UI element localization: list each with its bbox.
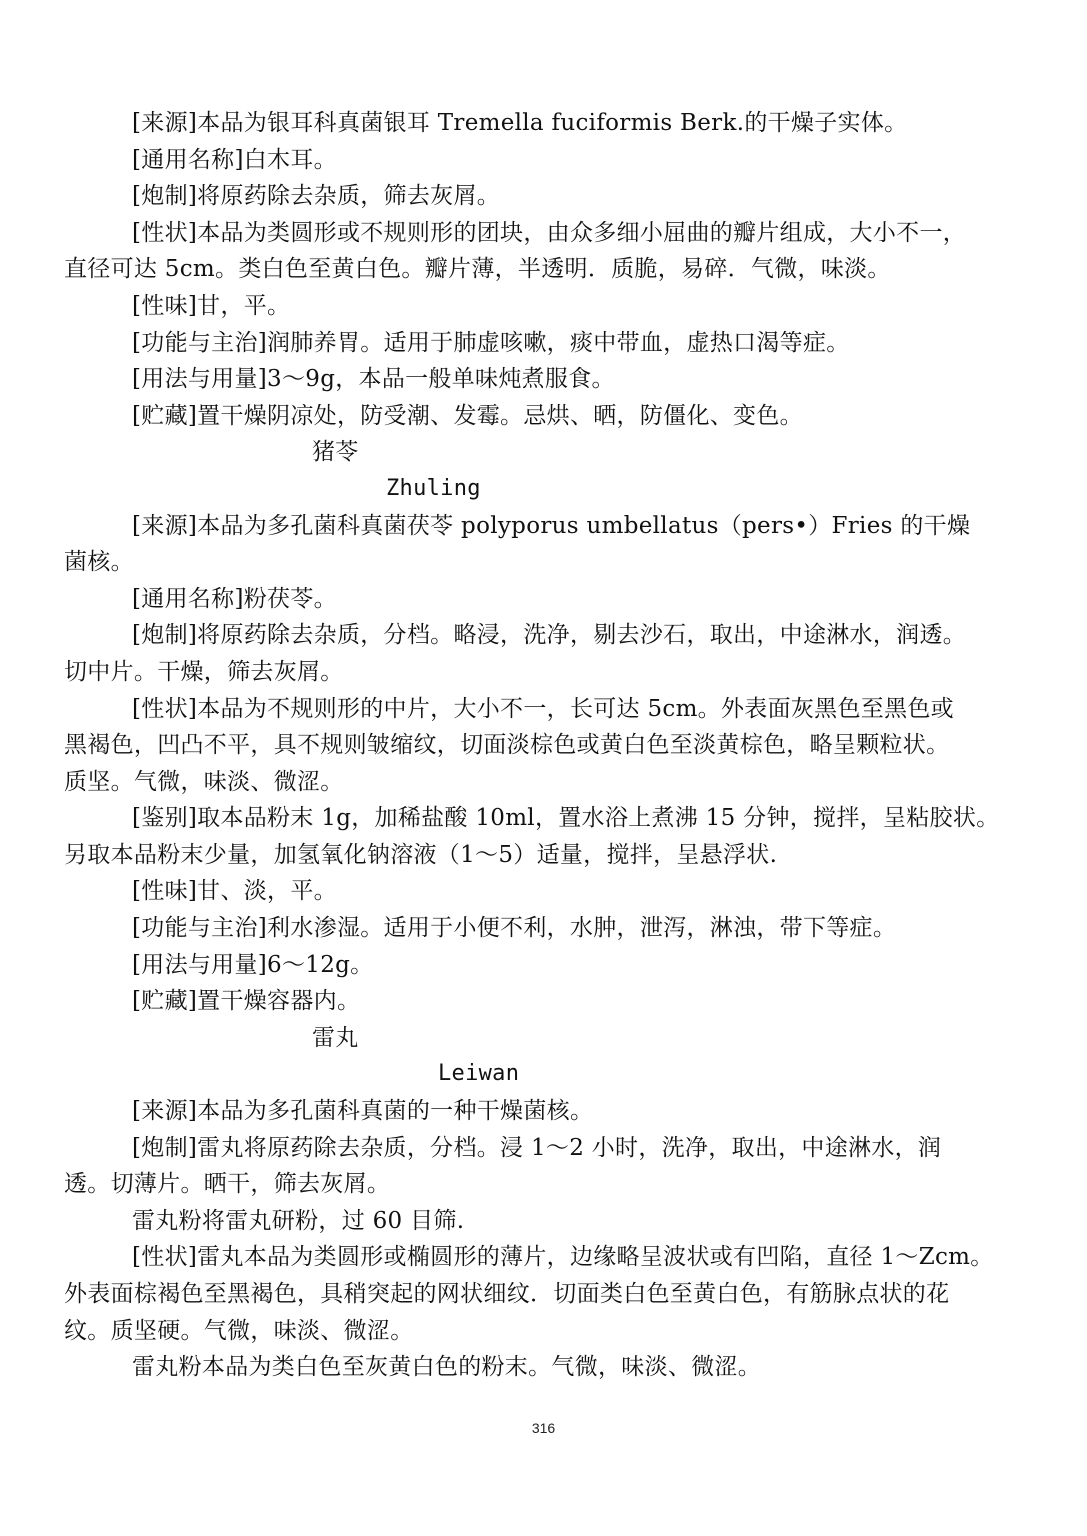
paragraph-continuation-line: 质坚。气微，味淡、微涩。 bbox=[64, 764, 1030, 801]
paragraph-line: [炮制]将原药除去杂质，筛去灰屑。 bbox=[64, 178, 1030, 215]
paragraph-line: [性状]雷丸本品为类圆形或椭圆形的薄片，边缘略呈波状或有凹陷，直径 1～Zcm。 bbox=[64, 1239, 1030, 1276]
paragraph-line: [性味]甘，平。 bbox=[64, 288, 1030, 325]
document-body: [来源]本品为银耳科真菌银耳 Tremella fuciformis Berk.… bbox=[64, 105, 1030, 1386]
paragraph-line: [贮藏]置干燥容器内。 bbox=[64, 983, 1030, 1020]
paragraph-continuation-line: 外表面棕褐色至黑褐色，具稍突起的网状细纹．切面类白色至黄白色，有筋脉点状的花 bbox=[64, 1276, 1030, 1313]
paragraph-line: [来源]本品为多孔菌科真菌茯苓 polyporus umbellatus（per… bbox=[64, 508, 1030, 545]
paragraph-line: [功能与主治]利水渗湿。适用于小便不利，水肿，泄泻，淋浊，带下等症。 bbox=[64, 910, 1030, 947]
entry-title: 雷丸 bbox=[64, 1020, 1030, 1057]
paragraph-line: [通用名称]白木耳。 bbox=[64, 142, 1030, 179]
paragraph-line: 雷丸粉将雷丸研粉，过 60 目筛. bbox=[64, 1203, 1030, 1240]
paragraph-line: [性状]本品为不规则形的中片，大小不一，长可达 5cm。外表面灰黑色至黑色或 bbox=[64, 691, 1030, 728]
paragraph-line: [来源]本品为多孔菌科真菌的一种干燥菌核。 bbox=[64, 1093, 1030, 1130]
document-page: [来源]本品为银耳科真菌银耳 Tremella fuciformis Berk.… bbox=[0, 0, 1087, 1536]
paragraph-line: [鉴别]取本品粉末 1g，加稀盐酸 10ml，置水浴上煮沸 15 分钟，搅拌，呈… bbox=[64, 800, 1030, 837]
paragraph-line: [性状]本品为类圆形或不规则形的团块，由众多细小屈曲的瓣片组成，大小不一， bbox=[64, 215, 1030, 252]
paragraph-line: 雷丸粉本品为类白色至灰黄白色的粉末。气微，味淡、微涩。 bbox=[64, 1349, 1030, 1386]
entry-title: 猪苓 bbox=[64, 434, 1030, 471]
page-number: 316 bbox=[0, 1420, 1087, 1436]
paragraph-line: [炮制]将原药除去杂质，分档。略浸，洗净，剔去沙石，取出，中途淋水，润透。 bbox=[64, 617, 1030, 654]
paragraph-continuation-line: 纹。质坚硬。气微，味淡、微涩。 bbox=[64, 1313, 1030, 1350]
entry-title-pinyin: Leiwan bbox=[64, 1056, 1030, 1093]
paragraph-line: [来源]本品为银耳科真菌银耳 Tremella fuciformis Berk.… bbox=[64, 105, 1030, 142]
paragraph-continuation-line: 切中片。干燥，筛去灰屑。 bbox=[64, 654, 1030, 691]
paragraph-continuation-line: 黑褐色，凹凸不平，具不规则皱缩纹，切面淡棕色或黄白色至淡黄棕色，略呈颗粒状。 bbox=[64, 727, 1030, 764]
paragraph-continuation-line: 透。切薄片。晒干，筛去灰屑。 bbox=[64, 1166, 1030, 1203]
paragraph-line: [通用名称]粉茯苓。 bbox=[64, 581, 1030, 618]
paragraph-line: [贮藏]置干燥阴凉处，防受潮、发霉。忌烘、晒，防僵化、变色。 bbox=[64, 398, 1030, 435]
paragraph-line: [用法与用量]6～12g。 bbox=[64, 947, 1030, 984]
paragraph-line: [用法与用量]3～9g，本品一般单味炖煮服食。 bbox=[64, 361, 1030, 398]
paragraph-continuation-line: 直径可达 5cm。类白色至黄白色。瓣片薄，半透明．质脆，易碎．气微，味淡。 bbox=[64, 251, 1030, 288]
paragraph-continuation-line: 菌核。 bbox=[64, 544, 1030, 581]
entry-title-pinyin: Zhuling bbox=[64, 471, 1030, 508]
paragraph-line: [性味]甘、淡，平。 bbox=[64, 873, 1030, 910]
paragraph-line: [炮制]雷丸将原药除去杂质，分档。浸 1～2 小时，洗净，取出，中途淋水，润 bbox=[64, 1130, 1030, 1167]
paragraph-continuation-line: 另取本品粉末少量，加氢氧化钠溶液（1～5）适量，搅拌，呈悬浮状. bbox=[64, 837, 1030, 874]
paragraph-line: [功能与主治]润肺养胃。适用于肺虚咳嗽，痰中带血，虚热口渴等症。 bbox=[64, 325, 1030, 362]
